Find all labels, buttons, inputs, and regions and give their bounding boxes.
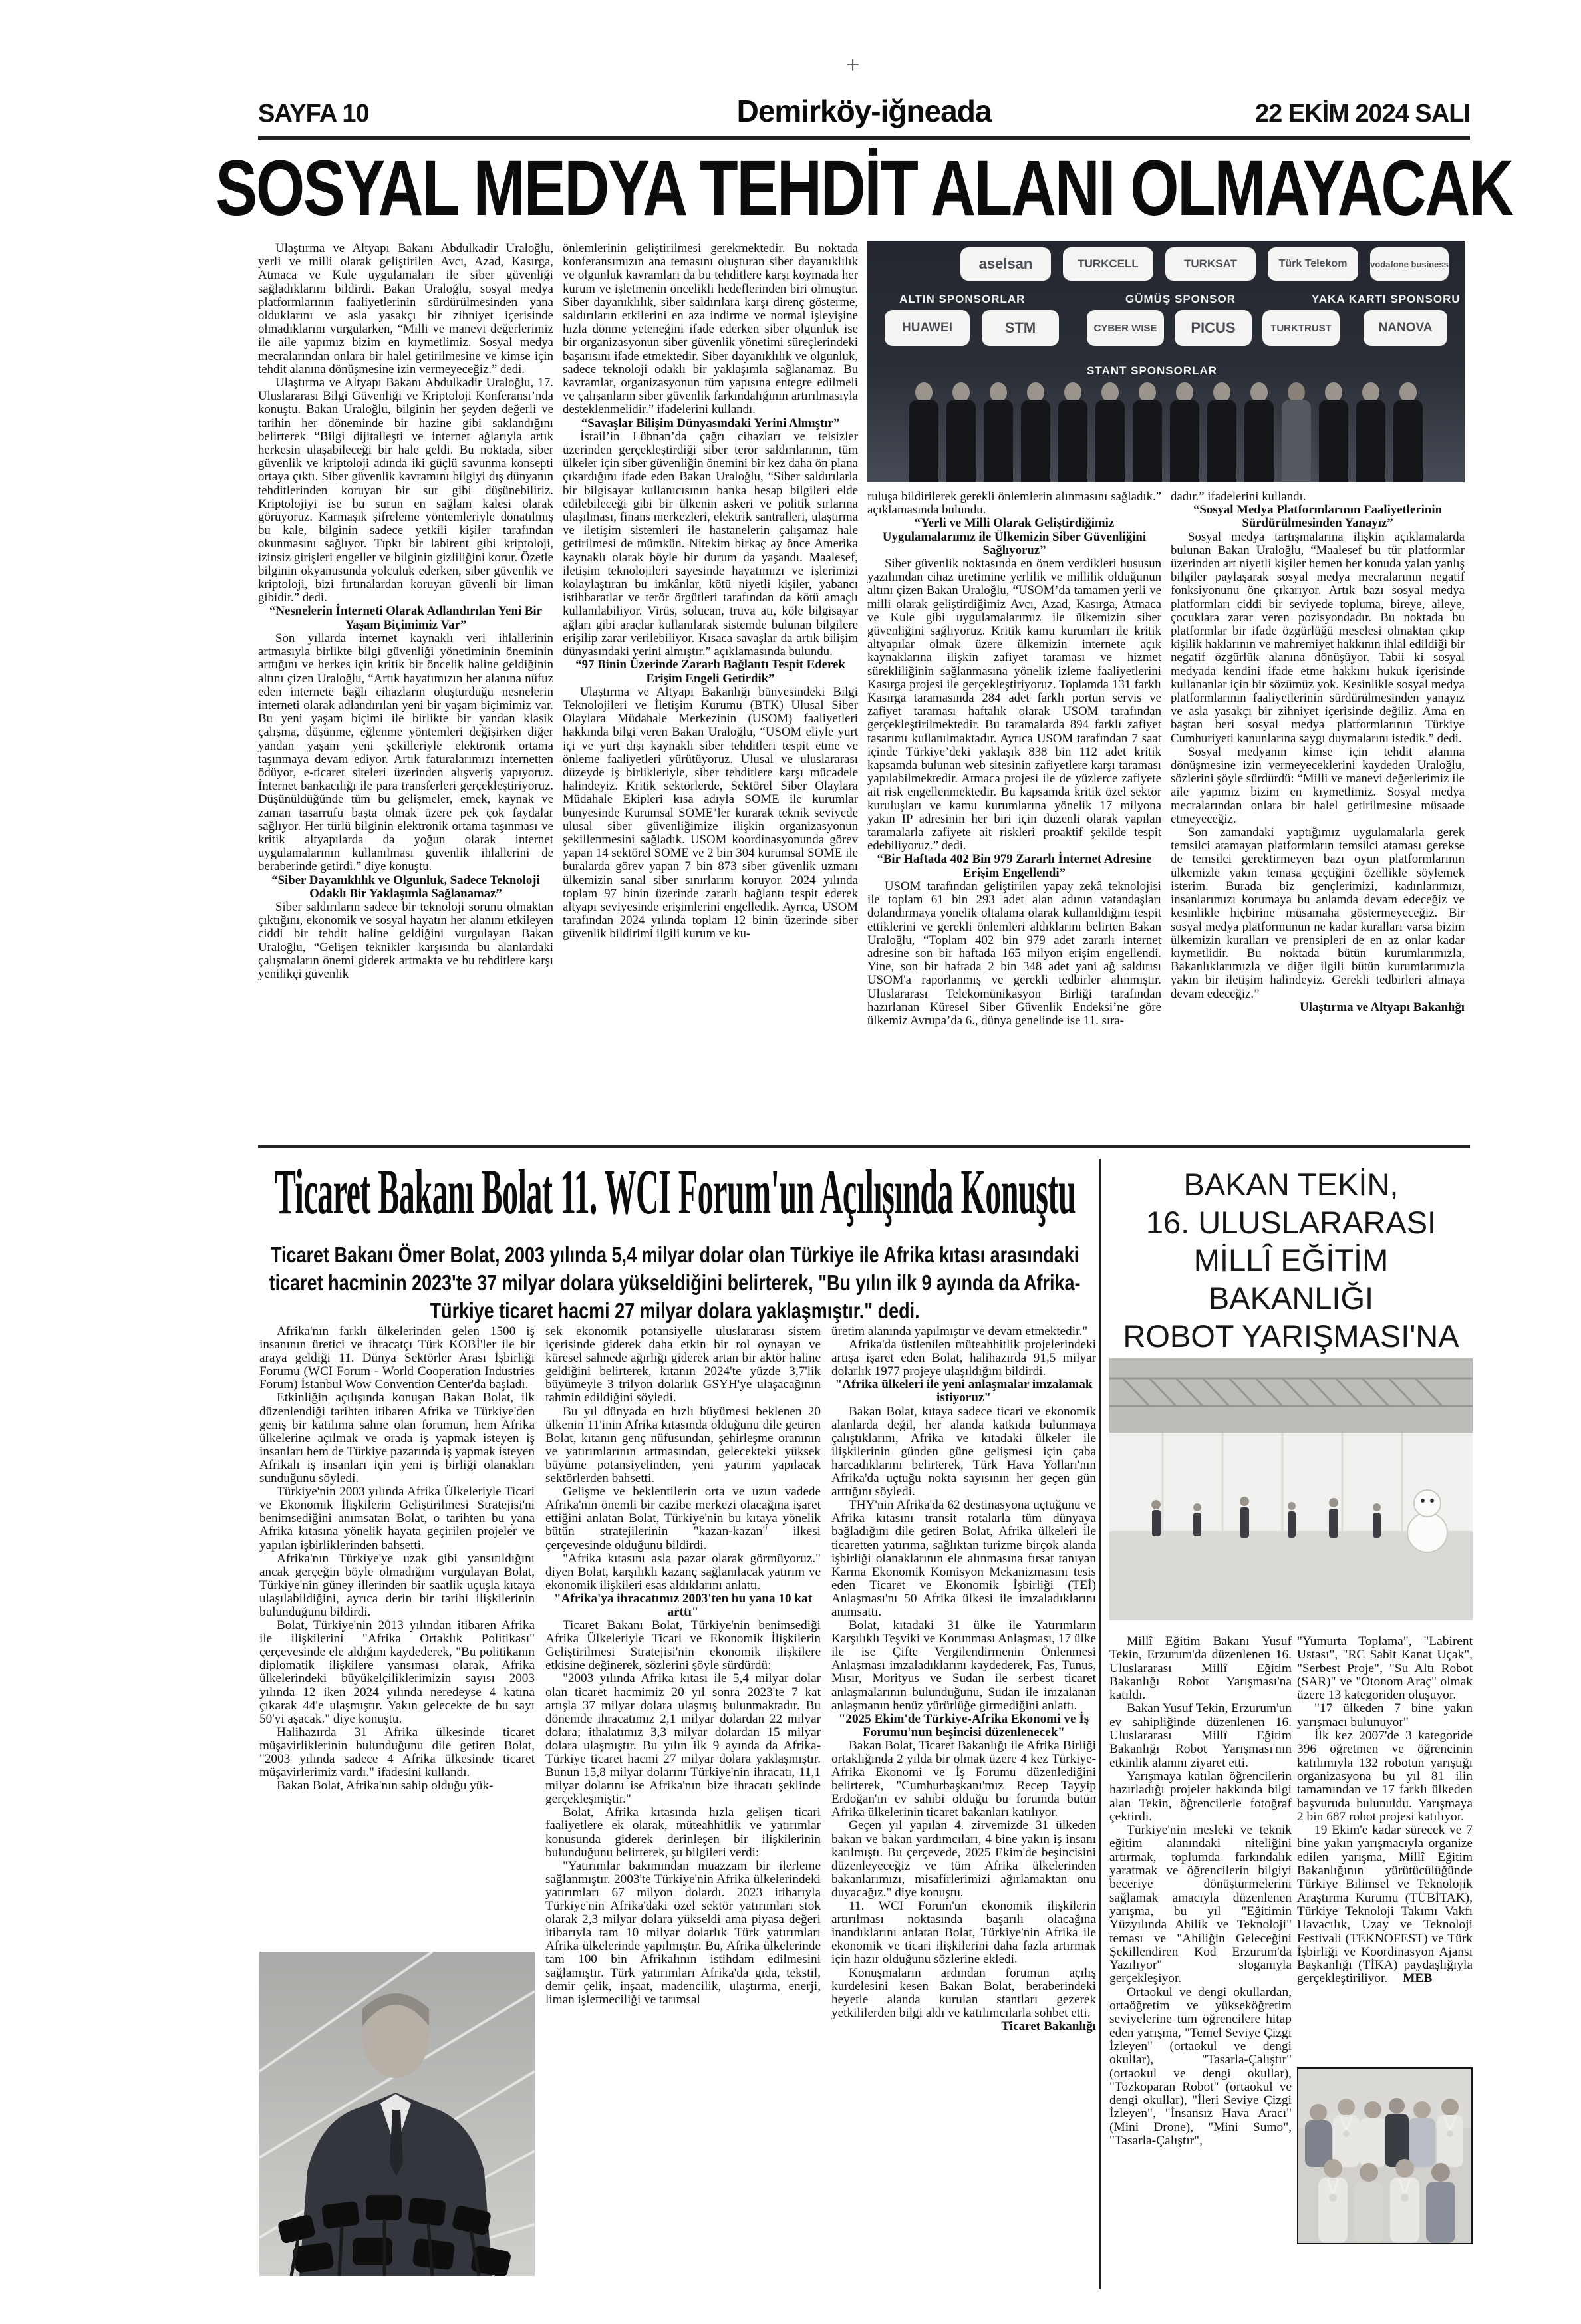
paragraph: Halihazırda 31 Afrika ülkesinde ticaret … [259,1726,535,1779]
uraloglu-article-column-1: Ulaştırma ve Altyapı Bakanı Abdulkadir U… [258,242,553,1141]
paragraph: Gelişme ve beklentilerin orta ve uzun va… [545,1485,821,1552]
paragraph: dadır.” ifadelerini kullandı. [1171,490,1465,504]
paragraph: Etkinliğin açılışında konuşan Bakan Bola… [259,1391,535,1485]
sponsor-logo-nanova: NANOVA [1364,310,1447,346]
paragraph: ruluşa bildirilerek gerekli önlemlerin a… [867,490,1161,517]
paragraph: Son zamandaki yaptığımız uygulamalarla g… [1171,826,1465,1001]
person-silhouette [1207,382,1236,482]
person-silhouette [1170,382,1199,482]
bolat-lead-text: Ticaret Bakanı Ömer Bolat, 2003 yılında … [264,1241,1085,1325]
bolat-press-photo-graphic [259,1952,535,2276]
paragraph: Sosyal medya tartışmalarına ilişkin açık… [1171,531,1465,746]
paragraph: Afrika'da üstlenilen müteahhitlik projel… [831,1338,1096,1378]
paragraph: Yarışmaya katılan öğrencilerin hazırladı… [1109,1770,1292,1824]
subheading: “Savaşlar Bilişim Dünyasındaki Yerini Al… [563,417,858,430]
subheading: "Afrika'ya ihracatımız 2003'ten bu yana … [545,1592,821,1619]
subheading: “Nesnelerin İnterneti Olarak Adlandırıla… [258,605,553,631]
uraloglu-article-column-4: dadır.” ifadelerini kullandı.“Sosyal Med… [1171,490,1465,1143]
bolat-article-column-3: üretim alanında yapılmıştır ve devam etm… [831,1325,1096,2261]
students-group-graphic [1298,2069,1471,2243]
paragraph: Ortaokul ve dengi okullardan, ortaöğreti… [1109,1986,1292,2148]
main-headline-text: SOSYAL MEDYA TEHDİT ALANI OLMAYACAK [216,148,1512,230]
paragraph: Siber saldırıların sadece bir teknoloji … [258,901,553,981]
person-silhouette [1319,382,1348,482]
sponsor-logo-turksat: TURKSAT [1165,247,1256,281]
paragraph: Bolat, kıtadaki 31 ülke ile Yatırımların… [831,1619,1096,1713]
sponsor-logo-cyberwise: CYBER WISE [1087,310,1164,346]
paragraph: Bolat, Türkiye'nin 2013 yılından itibare… [259,1619,535,1726]
gold-sponsors-label: ALTIN SPONSORLAR [899,293,1025,306]
sponsor-logo-stm: STM [982,310,1059,346]
tekin-headline-line: MİLLÎ EĞİTİM BAKANLIĞI [1109,1241,1473,1317]
paragraph: Ulaştırma ve Altyapı Bakanı Abdulkadir U… [258,242,553,376]
bolat-article-lead: Ticaret Bakanı Ömer Bolat, 2003 yılında … [264,1241,1086,1326]
person-silhouette [984,382,1013,482]
paragraph: İlk kez 2007'de 3 kategoride 396 öğretme… [1297,1729,1473,1824]
tekin-headline-line: 16. ULUSLARARASI [1109,1203,1473,1241]
paragraph: Bakan Bolat, Ticaret Bakanlığı ile Afrik… [831,1739,1096,1820]
person-silhouette [1244,382,1274,482]
paragraph: "Yumurta Toplama", "Labirent Ustası", "R… [1297,1635,1473,1702]
person-silhouette [1021,382,1050,482]
paragraph: Afrika'nın Türkiye'ye uzak gibi yansıtıl… [259,1552,535,1619]
person-silhouette [909,382,938,482]
paragraph: Millî Eğitim Bakanı Yusuf Tekin, Erzurum… [1109,1635,1292,1702]
paragraph: Konuşmaların ardından forumun açılış kur… [831,1967,1096,2020]
paragraph: Afrika'nın farklı ülkelerinden gelen 150… [259,1325,535,1391]
paragraph: Türkiye'nin mesleki ve teknik eğitim ala… [1109,1824,1292,1986]
sponsor-logo-turktrust: TURKTRUST [1262,310,1340,346]
paragraph: Bu yıl dünyada en hızlı büyümesi beklene… [545,1405,821,1486]
paragraph: "2003 yılında Afrika kıtası ile 5,4 mily… [545,1672,821,1806]
person-silhouette [1133,382,1162,482]
bolat-article-column-1: Afrika'nın farklı ülkelerinden gelen 150… [259,1325,535,1948]
paragraph: Türkiye'nin 2003 yılında Afrika Ülkeleri… [259,1485,535,1552]
person-silhouette [1282,382,1311,482]
silver-sponsor-label: GÜMÜŞ SPONSOR [1125,293,1236,306]
robot-hall-graphic [1109,1358,1473,1620]
paragraph: Son yıllarda internet kaynaklı veri ihla… [258,632,553,874]
tekin-article-column-2: "Yumurta Toplama", "Labirent Ustası", "R… [1297,1635,1473,2065]
tekin-headline-line: ROBOT YARIŞMASI'NA [1109,1317,1473,1355]
sponsor-logo-aselsan: aselsan [960,247,1051,281]
robot-competition-hall-photo [1109,1358,1473,1620]
person-silhouette [1095,382,1125,482]
main-article-headline: SOSYAL MEDYA TEHDİT ALANI OLMAYACAK [258,148,1470,235]
bolat-article-headline: Ticaret Bakanı Bolat 11. WCI Forum'un Aç… [258,1159,1092,1233]
uraloglu-article-column-3: ruluşa bildirilerek gerekli önlemlerin a… [867,490,1161,1143]
subheading: “Yerli ve Milli Olarak Geliştirdiğimiz U… [867,517,1161,557]
paragraph: sek ekonomik potansiyelle uluslararası s… [545,1325,821,1405]
paragraph: İsrail’in Lübnan’da çağrı cihazları ve t… [563,430,858,658]
paragraph: "Afrika kıtasını asla pazar olarak görmü… [545,1552,821,1592]
signature: Ticaret Bakanlığı [831,2020,1096,2033]
paragraph: Bakan Bolat, kıtaya sadece ticari ve eko… [831,1405,1096,1499]
vertical-column-rule [1099,1159,1101,2289]
paragraph: önlemlerinin geliştirilmesi gerekmektedi… [563,242,858,417]
bolat-headline-text: Ticaret Bakanı Bolat 11. WCI Forum'un Aç… [275,1159,1076,1226]
paragraph: "Yatırımlar bakımından muazzam bir ilerl… [545,1860,821,2007]
subheading: “Bir Haftada 402 Bin 979 Zararlı İnterne… [867,853,1161,879]
person-silhouette [1356,382,1385,482]
paragraph: USOM tarafından geliştirilen yapay zekâ … [867,880,1161,1028]
paragraph: Ulaştırma ve Altyapı Bakanlığı bünyesind… [563,686,858,941]
sponsor-logo-huawei: HUAWEI [885,310,970,346]
signature: MEB [1391,1971,1432,1985]
person-silhouette [1393,382,1423,482]
paragraph: Ulaştırma ve Altyapı Bakanı Abdulkadir U… [258,376,553,605]
paragraph: 19 Ekim'e kadar sürecek ve 7 bine yakın … [1297,1824,1473,1986]
bolat-press-photo [259,1952,535,2276]
conference-stage-photo: aselsan TURKCELL TURKSAT Türk Telekom vo… [867,241,1465,482]
stage-people-row [867,376,1465,482]
sponsor-logo-turkcell: TURKCELL [1063,247,1153,281]
person-silhouette [1058,382,1087,482]
date-label: 22 EKİM 2024 SALI [258,100,1470,128]
subheading: “Siber Dayanıklılık ve Olgunluk, Sadece … [258,874,553,901]
paragraph: Bolat, Afrika kıtasında hızla gelişen ti… [545,1806,821,1859]
crop-mark: + [846,51,859,78]
paragraph: Siber güvenlik noktasında en önem verdik… [867,557,1161,853]
subheading: “Sosyal Medya Platformlarının Faaliyetle… [1171,504,1465,530]
students-group-photo [1297,2067,1473,2244]
tekin-article-column-1: Millî Eğitim Bakanı Yusuf Tekin, Erzurum… [1109,1635,1292,2253]
subheading: “97 Binin Üzerinde Zararlı Bağlantı Tesp… [563,658,858,685]
signature: Ulaştırma ve Altyapı Bakanlığı [1171,1001,1465,1014]
badge-sponsor-label: YAKA KARTI SPONSORU [1312,293,1461,306]
person-silhouette [946,382,976,482]
paragraph: "17 ülkeden 7 bine yakın yarışmacı bulun… [1297,1702,1473,1729]
sponsor-logo-turk-telekom: Türk Telekom [1268,247,1358,281]
paragraph: Bakan Yusuf Tekin, Erzurum'un ev sahipli… [1109,1702,1292,1769]
paragraph: üretim alanında yapılmıştır ve devam etm… [831,1325,1096,1338]
paragraph: THY'nin Afrika'da 62 destinasyona uçtuğu… [831,1499,1096,1619]
paragraph: Geçen yıl yapılan 4. zirvemizde 31 ülked… [831,1819,1096,1900]
sponsor-logo-vodafone: vodafone business [1370,247,1449,281]
uraloglu-article-column-2: önlemlerinin geliştirilmesi gerekmektedi… [563,242,858,1141]
subheading: "Afrika ülkeleri ile yeni anlaşmalar imz… [831,1378,1096,1405]
paragraph: 11. WCI Forum'un ekonomik ilişkilerin ar… [831,1900,1096,1966]
paragraph: Sosyal medyanın kimse için tehdit alanın… [1171,746,1465,826]
sponsor-logo-picus: PICUS [1175,310,1252,346]
header-rule [258,136,1470,140]
newspaper-page: + SAYFA 10 Demirköy-iğneada 22 EKİM 2024… [0,0,1581,2324]
tekin-headline-line: BAKAN TEKİN, [1109,1165,1473,1203]
section-divider-rule [258,1145,1470,1148]
paragraph: Ticaret Bakanı Bolat, Türkiye'nin benims… [545,1619,821,1672]
paragraph: Bakan Bolat, Afrika'nın sahip olduğu yük… [259,1779,535,1793]
subheading: "2025 Ekim'de Türkiye-Afrika Ekonomi ve … [831,1713,1096,1739]
bolat-article-column-2: sek ekonomik potansiyelle uluslararası s… [545,1325,821,2272]
